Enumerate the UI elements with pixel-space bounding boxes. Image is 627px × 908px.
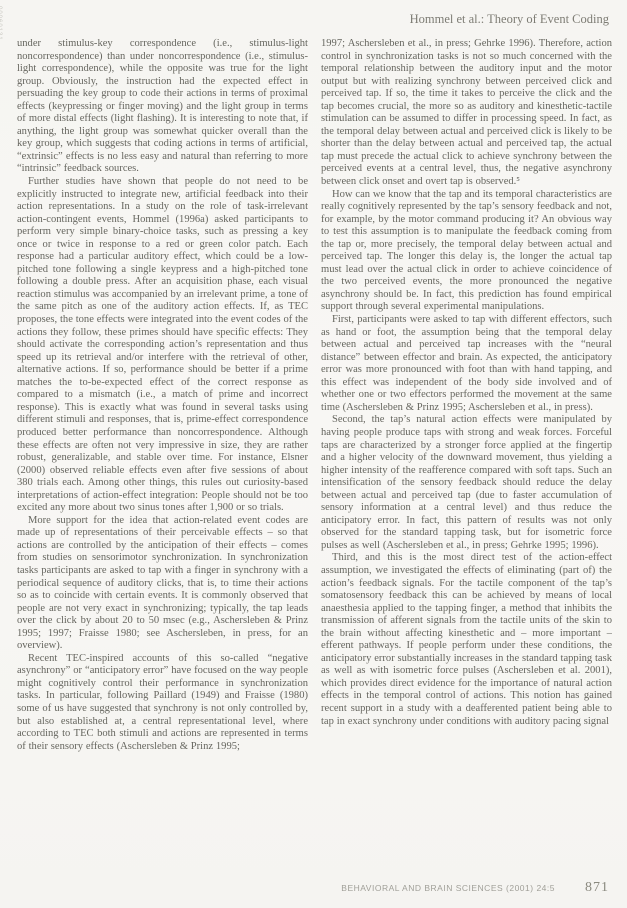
paragraph: Third, and this is the most direct test … (321, 552, 612, 728)
paragraph: under stimulus-key correspondence (i.e.,… (17, 38, 308, 176)
paragraph: How can we know that the tap and its tem… (321, 189, 612, 314)
paragraph: Second, the tap’s natural action effects… (321, 414, 612, 552)
paragraph: 1997; Aschersleben et al., in press; Geh… (321, 38, 612, 189)
running-head: Hommel et al.: Theory of Event Coding (410, 12, 609, 27)
two-column-body: under stimulus-key correspondence (i.e.,… (17, 38, 612, 876)
left-column: under stimulus-key correspondence (i.e.,… (17, 38, 308, 876)
paragraph: Further studies have shown that people d… (17, 176, 308, 515)
page-number: 871 (585, 880, 609, 896)
journal-citation: BEHAVIORAL AND BRAIN SCIENCES (2001) 24:… (341, 883, 555, 893)
journal-page: 00060131 Hommel et al.: Theory of Event … (0, 0, 627, 908)
paragraph: More support for the idea that action-re… (17, 515, 308, 653)
margin-scan-label: 00060131 (0, 6, 2, 41)
paragraph: First, participants were asked to tap wi… (321, 314, 612, 414)
page-footer: BEHAVIORAL AND BRAIN SCIENCES (2001) 24:… (341, 880, 609, 896)
right-column: 1997; Aschersleben et al., in press; Geh… (321, 38, 612, 876)
paragraph: Recent TEC-inspired accounts of this so-… (17, 653, 308, 753)
